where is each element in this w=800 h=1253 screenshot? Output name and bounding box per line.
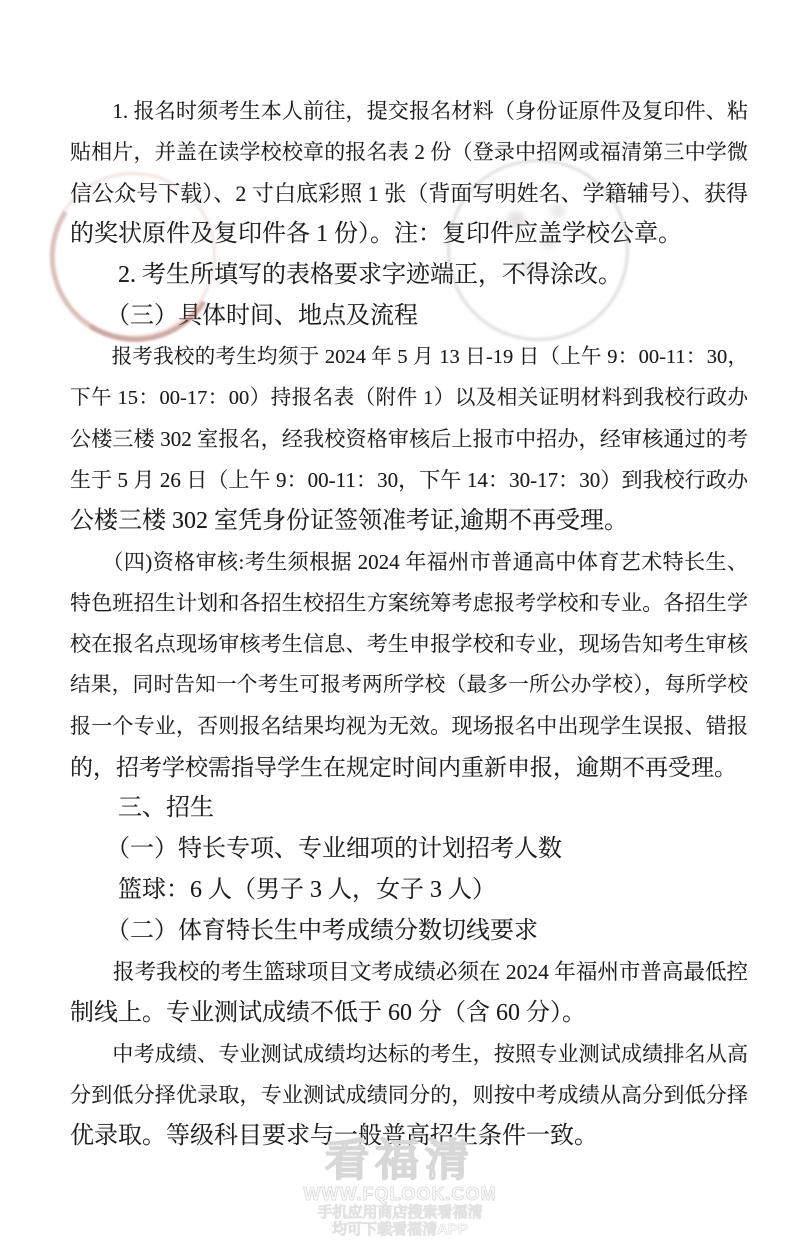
- document-line: 1. 报名时须考生本人前往，提交报名材料（身份证原件及复印件、粘: [70, 91, 748, 132]
- document-line: 制线上。专业测试成绩不低于 60 分（含 60 分）。: [70, 993, 748, 1034]
- document-line: （四)资格审核:考生须根据 2024 年福州市普通高中体育艺术特长生、: [70, 542, 748, 583]
- document-line: 报考我校的考生篮球项目文考成绩必须在 2024 年福州市普高最低控: [70, 952, 748, 993]
- document-line: 生于 5 月 26 日（上午 9：00-11：30，下午 14：30-17：30…: [70, 460, 748, 501]
- document-line: 优录取。等级科目要求与一般普高招生条件一致。: [70, 1116, 748, 1157]
- document-line: 公楼三楼 302 室报名，经我校资格审核后上报市中招办，经审核通过的考: [70, 419, 748, 460]
- document-line: 贴相片，并盖在读学校校章的报名表 2 份（登录中招网或福清第三中学微: [70, 132, 748, 173]
- document-line: 特色班招生计划和各招生校招生方案统筹考虑报考学校和专业。各招生学: [70, 583, 748, 624]
- document-line: 的，招考学校需指导学生在规定时间内重新申报，逾期不再受理。: [70, 747, 748, 788]
- watermark-caption-2: 均可下载看福清APP: [0, 1221, 800, 1238]
- document-line: 报考我校的考生均须于 2024 年 5 月 13 日-19 日（上午 9：00-…: [70, 337, 748, 378]
- document-body: 1. 报名时须考生本人前往，提交报名材料（身份证原件及复印件、粘 贴相片，并盖在…: [70, 91, 748, 1157]
- document-line: 2. 考生所填写的表格要求字迹端正，不得涂改。: [70, 255, 748, 296]
- document-line: 中考成绩、专业测试成绩均达标的考生，按照专业测试成绩排名从高: [70, 1034, 748, 1075]
- scanned-document-page: 1. 报名时须考生本人前往，提交报名材料（身份证原件及复印件、粘 贴相片，并盖在…: [0, 0, 800, 1253]
- document-line: 篮球：6 人（男子 3 人，女子 3 人）: [70, 870, 748, 911]
- watermark-caption-1: 手机应用商店搜索看福清: [0, 1204, 800, 1221]
- document-line: 公楼三楼 302 室凭身份证签领准考证,逾期不再受理。: [70, 501, 748, 542]
- document-line: 分到低分择优录取，专业测试成绩同分的，则按中考成绩从高分到低分择: [70, 1075, 748, 1116]
- document-line: （一）特长专项、专业细项的计划招考人数: [70, 829, 748, 870]
- document-line: 校在报名点现场审核考生信息、考生申报学校和专业，现场告知考生审核: [70, 624, 748, 665]
- document-line: 信公众号下载）、2 寸白底彩照 1 张（背面写明姓名、学籍辅号）、获得: [70, 173, 748, 214]
- document-line: 结果，同时告知一个考生可报考两所学校（最多一所公办学校），每所学校: [70, 665, 748, 706]
- document-line: 三、招生: [70, 788, 748, 829]
- document-line: （二）体育特长生中考成绩分数切线要求: [70, 911, 748, 952]
- document-line: 的奖状原件及复印件各 1 份）。注：复印件应盖学校公章。: [70, 214, 748, 255]
- document-line: （三）具体时间、地点及流程: [70, 296, 748, 337]
- document-line: 报一个专业，否则报名结果均视为无效。现场报名中出现学生误报、错报: [70, 706, 748, 747]
- watermark-url: WWW.FQLOOK.COM: [0, 1184, 800, 1204]
- document-line: 下午 15：00-17：00）持报名表（附件 1）以及相关证明材料到我校行政办: [70, 378, 748, 419]
